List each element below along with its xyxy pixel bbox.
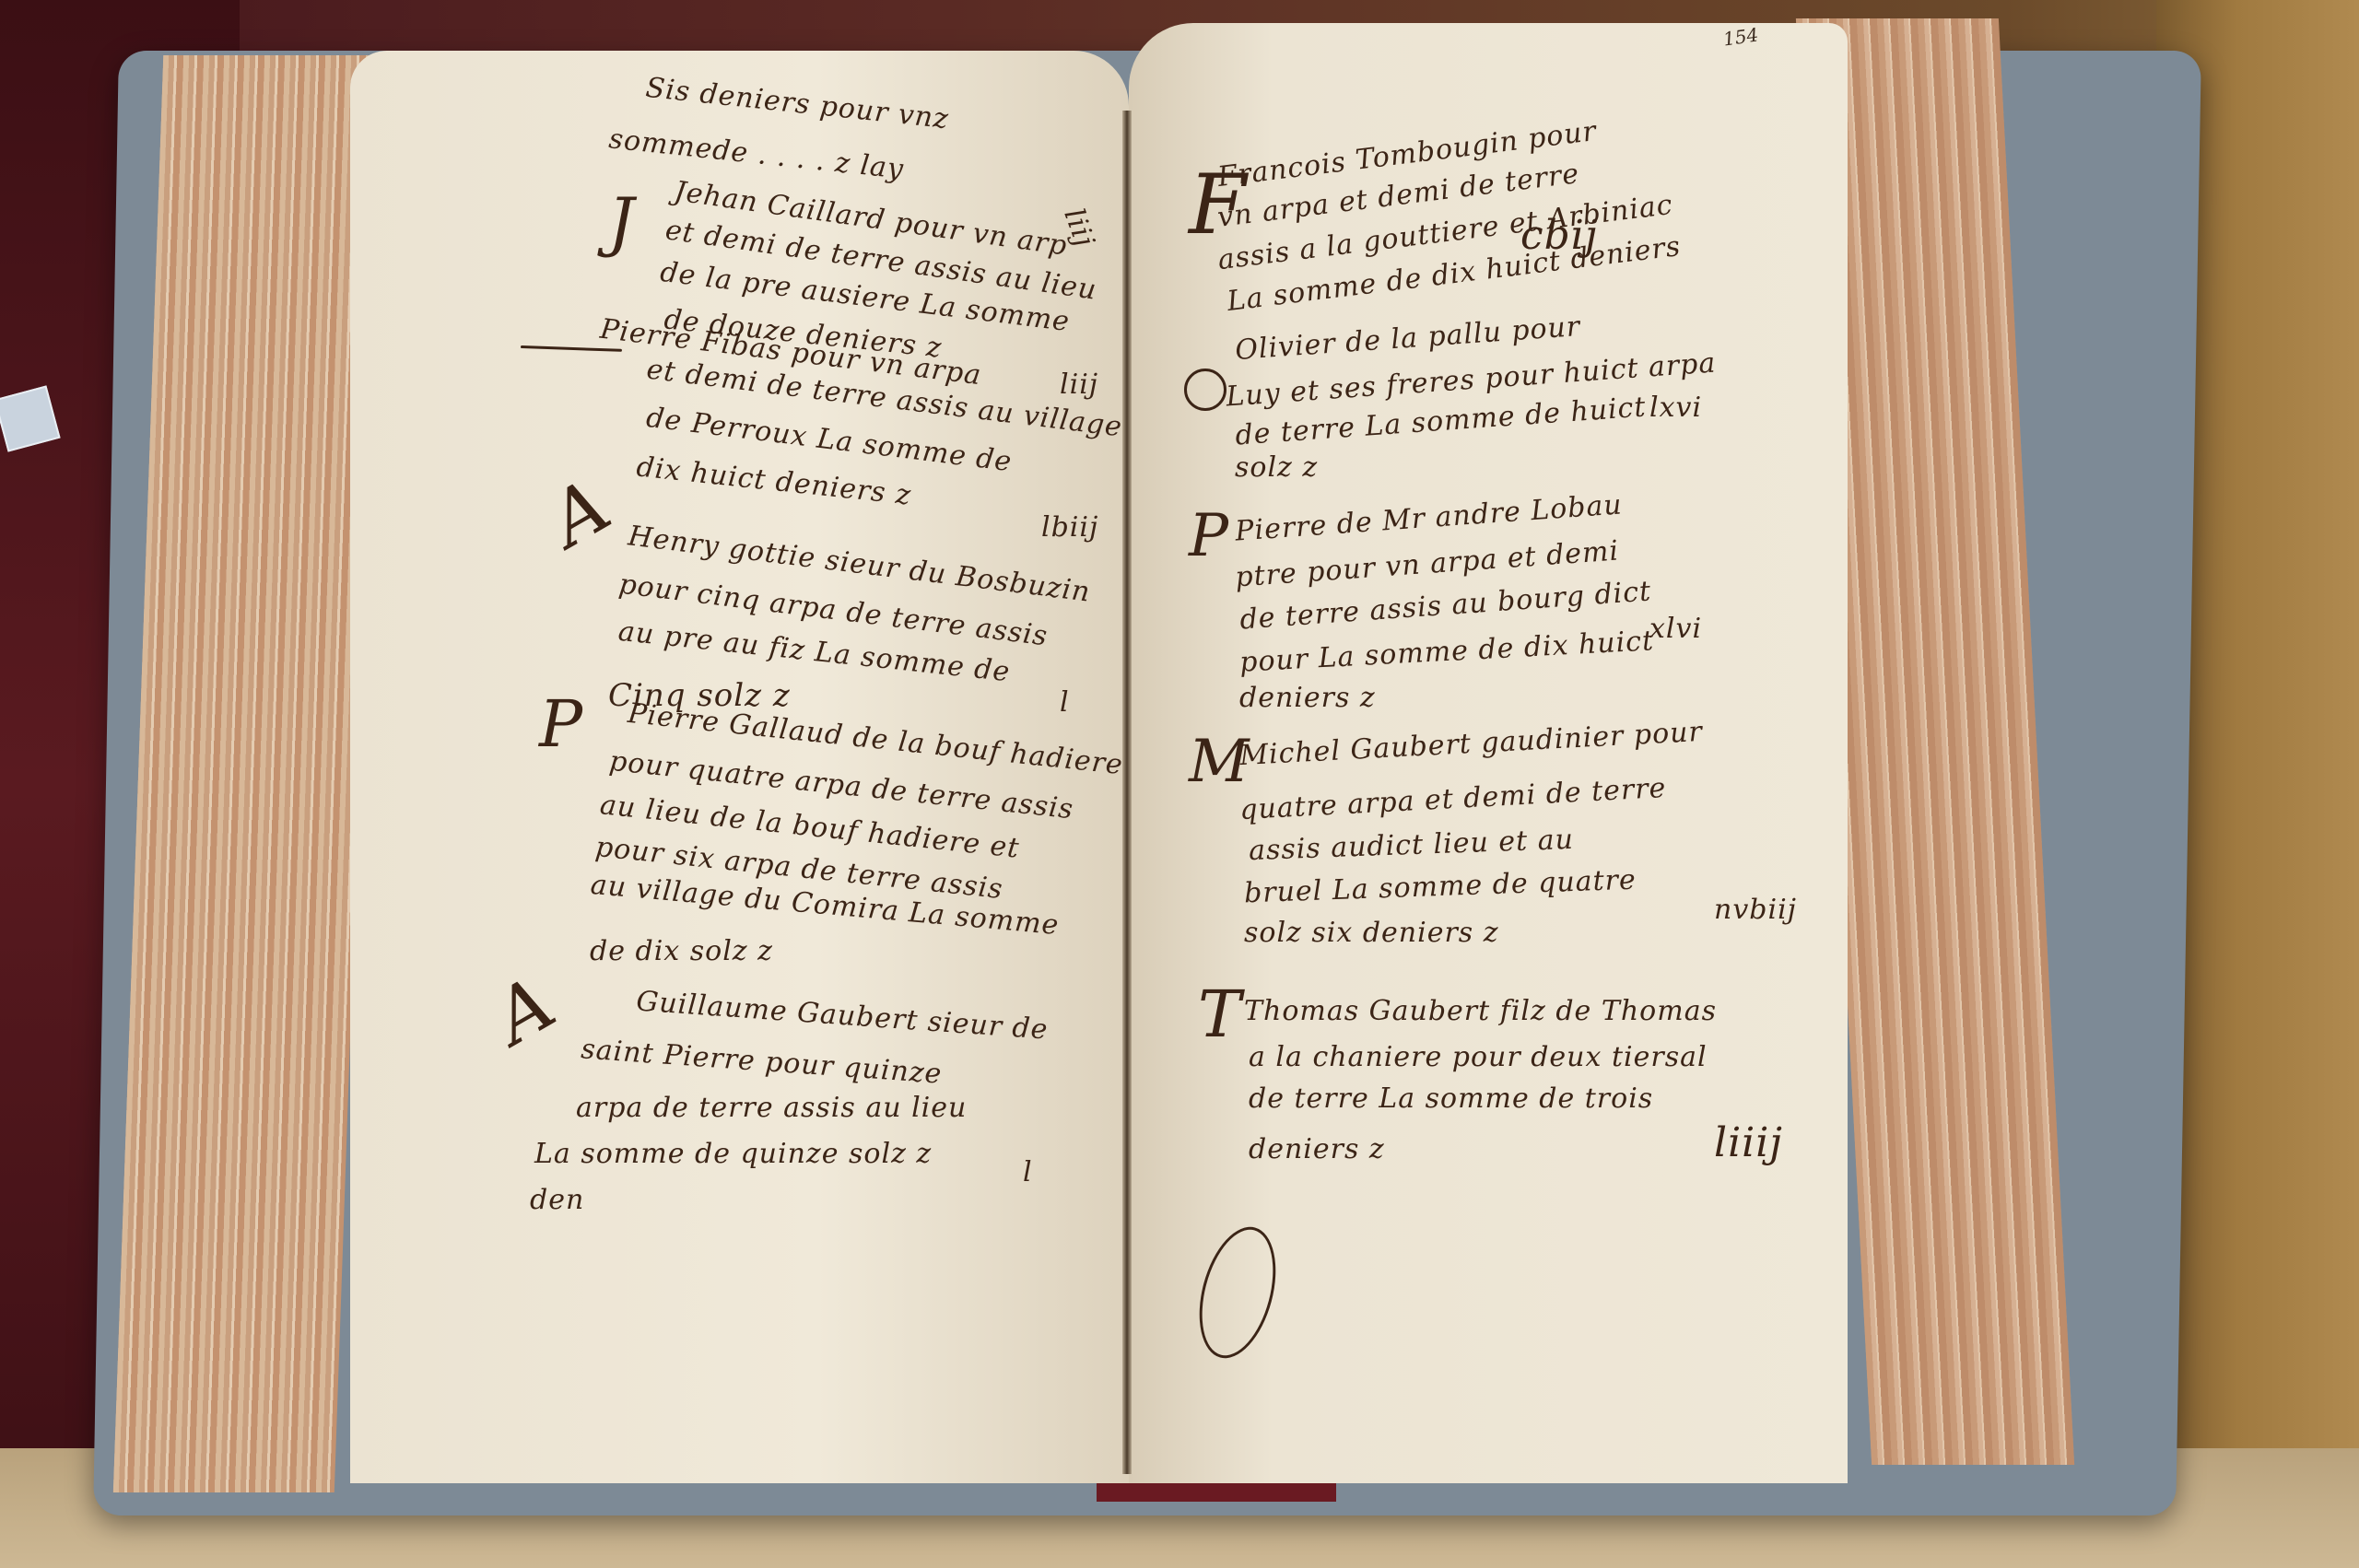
margin-amount: liiij (1714, 1119, 1783, 1166)
manuscript-line: solz z (1235, 451, 1318, 484)
book-gutter (1122, 111, 1132, 1474)
manuscript-line: Thomas Gaubert filz de Thomas (1244, 995, 1717, 1027)
margin-amount: liij (1060, 369, 1098, 401)
manuscript-line: deniers z (1239, 682, 1376, 714)
manuscript-line: solz six deniers z (1244, 917, 1499, 949)
entry-initial: P (539, 686, 583, 762)
margin-amount: cbij (1520, 212, 1599, 259)
manuscript-line: den (530, 1184, 584, 1216)
margin-amount: l (1023, 1156, 1033, 1188)
margin-amount: lxvi (1649, 392, 1702, 424)
manuscript-line: arpa de terre assis au lieu (576, 1092, 967, 1124)
margin-amount: xlvi (1649, 613, 1702, 645)
manuscript-line: de terre La somme de trois (1249, 1082, 1653, 1115)
manuscript-line: a la chaniere pour deux tiersal (1249, 1041, 1708, 1073)
manuscript-line: La somme de quinze solz z (534, 1138, 932, 1170)
margin-amount: nvbiij (1714, 894, 1797, 926)
photo-scene: 154 Sis deniers pour vnz sommede . . . .… (0, 0, 2359, 1568)
manuscript-line: deniers z (1249, 1133, 1385, 1165)
margin-amount: l (1060, 686, 1070, 719)
entry-initial: T (1198, 977, 1242, 1052)
entry-initial: P (1189, 502, 1229, 570)
entry-flourish (1184, 369, 1226, 411)
manuscript-line: de dix solz z (590, 935, 773, 967)
entry-initial: J (608, 184, 635, 260)
margin-amount: lbiij (1041, 511, 1098, 544)
